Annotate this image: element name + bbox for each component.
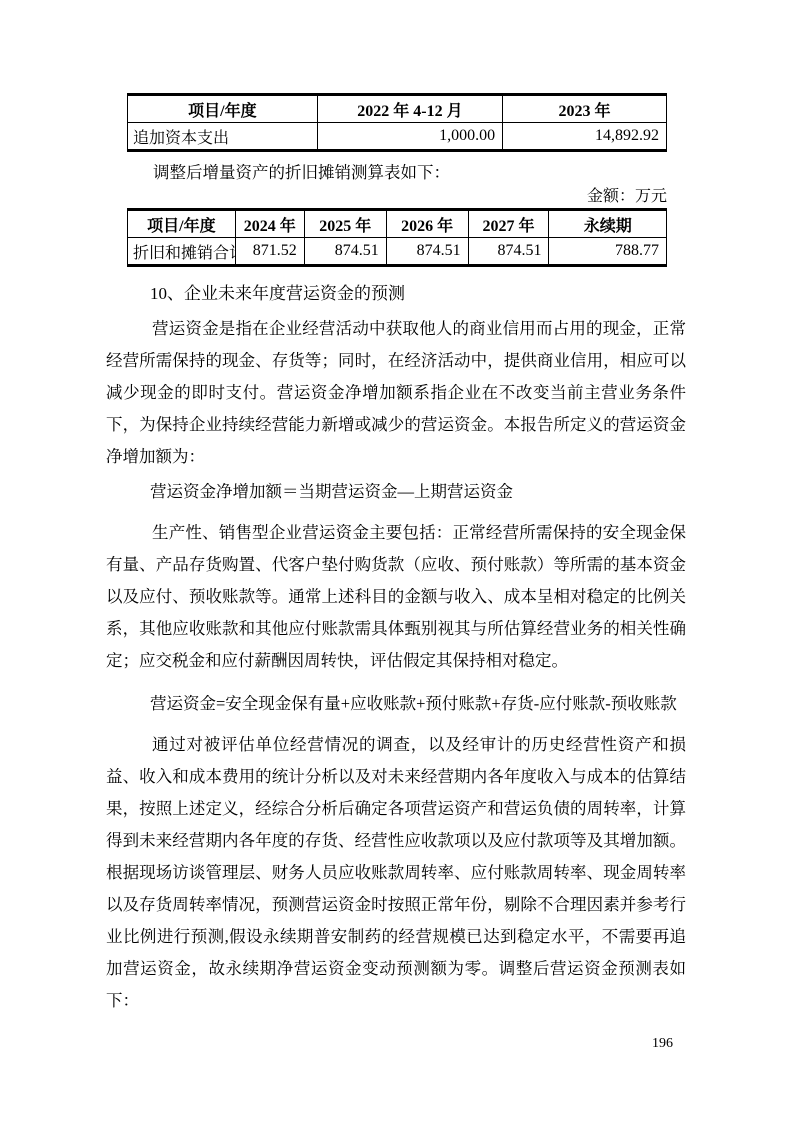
col-header-2026: 2026 年	[386, 210, 468, 238]
dep-2026-value: 874.51	[386, 238, 468, 266]
row-label-depreciation-total: 折旧和摊销合计	[128, 238, 236, 266]
col-header-2025: 2025 年	[304, 210, 386, 238]
paragraph-working-capital-definition: 营运资金是指在企业经营活动中获取他人的商业信用而占用的现金，正常经营所需保持的现…	[106, 313, 686, 473]
document-page: 项目/年度 2022 年 4-12 月 2023 年 追加资本支出 1,000.…	[0, 0, 793, 1122]
col-header-perpetual: 永续期	[549, 210, 667, 238]
paragraph-working-capital-components: 生产性、销售型企业营运资金主要包括：正常经营所需保持的安全现金保有量、产品存货购…	[106, 517, 686, 677]
intro-text: 调整后增量资产的折旧摊销测算表如下：	[106, 160, 686, 186]
unit-label: 金额：万元	[106, 186, 667, 208]
col-header-item-year: 项目/年度	[128, 95, 318, 123]
formula-working-capital: 营运资金=安全现金保有量+应收账款+预付账款+存货-应付账款-预收账款	[106, 689, 686, 719]
dep-2025-value: 874.51	[304, 238, 386, 266]
formula-net-increase: 营运资金净增加额＝当期营运资金—上期营运资金	[106, 477, 686, 507]
dep-2027-value: 874.51	[468, 238, 549, 266]
page-number: 196	[652, 1036, 673, 1052]
paragraph-forecast-method: 通过对被评估单位经营情况的调查，以及经审计的历史经营性资产和损益、收入和成本费用…	[106, 729, 686, 1017]
col-header-2027: 2027 年	[468, 210, 549, 238]
col-header-item-year: 项目/年度	[128, 210, 236, 238]
table-header-row: 项目/年度 2022 年 4-12 月 2023 年	[128, 95, 667, 123]
col-header-2024: 2024 年	[235, 210, 304, 238]
table-header-row: 项目/年度 2024 年 2025 年 2026 年 2027 年 永续期	[128, 210, 667, 238]
dep-perpetual-value: 788.77	[549, 238, 667, 266]
capex-2022-value: 1,000.00	[317, 123, 502, 151]
table-row: 追加资本支出 1,000.00 14,892.92	[128, 123, 667, 151]
capital-expenditure-table: 项目/年度 2022 年 4-12 月 2023 年 追加资本支出 1,000.…	[127, 93, 667, 152]
row-label-additional-capex: 追加资本支出	[128, 123, 318, 151]
depreciation-amortization-table: 项目/年度 2024 年 2025 年 2026 年 2027 年 永续期 折旧…	[127, 208, 667, 267]
col-header-2023: 2023 年	[503, 95, 667, 123]
table-row: 折旧和摊销合计 871.52 874.51 874.51 874.51 788.…	[128, 238, 667, 266]
section-heading: 10、企业未来年度营运资金的预测	[106, 279, 686, 309]
col-header-2022: 2022 年 4-12 月	[317, 95, 502, 123]
page-content: 项目/年度 2022 年 4-12 月 2023 年 追加资本支出 1,000.…	[106, 93, 686, 1017]
capex-2023-value: 14,892.92	[503, 123, 667, 151]
dep-2024-value: 871.52	[235, 238, 304, 266]
